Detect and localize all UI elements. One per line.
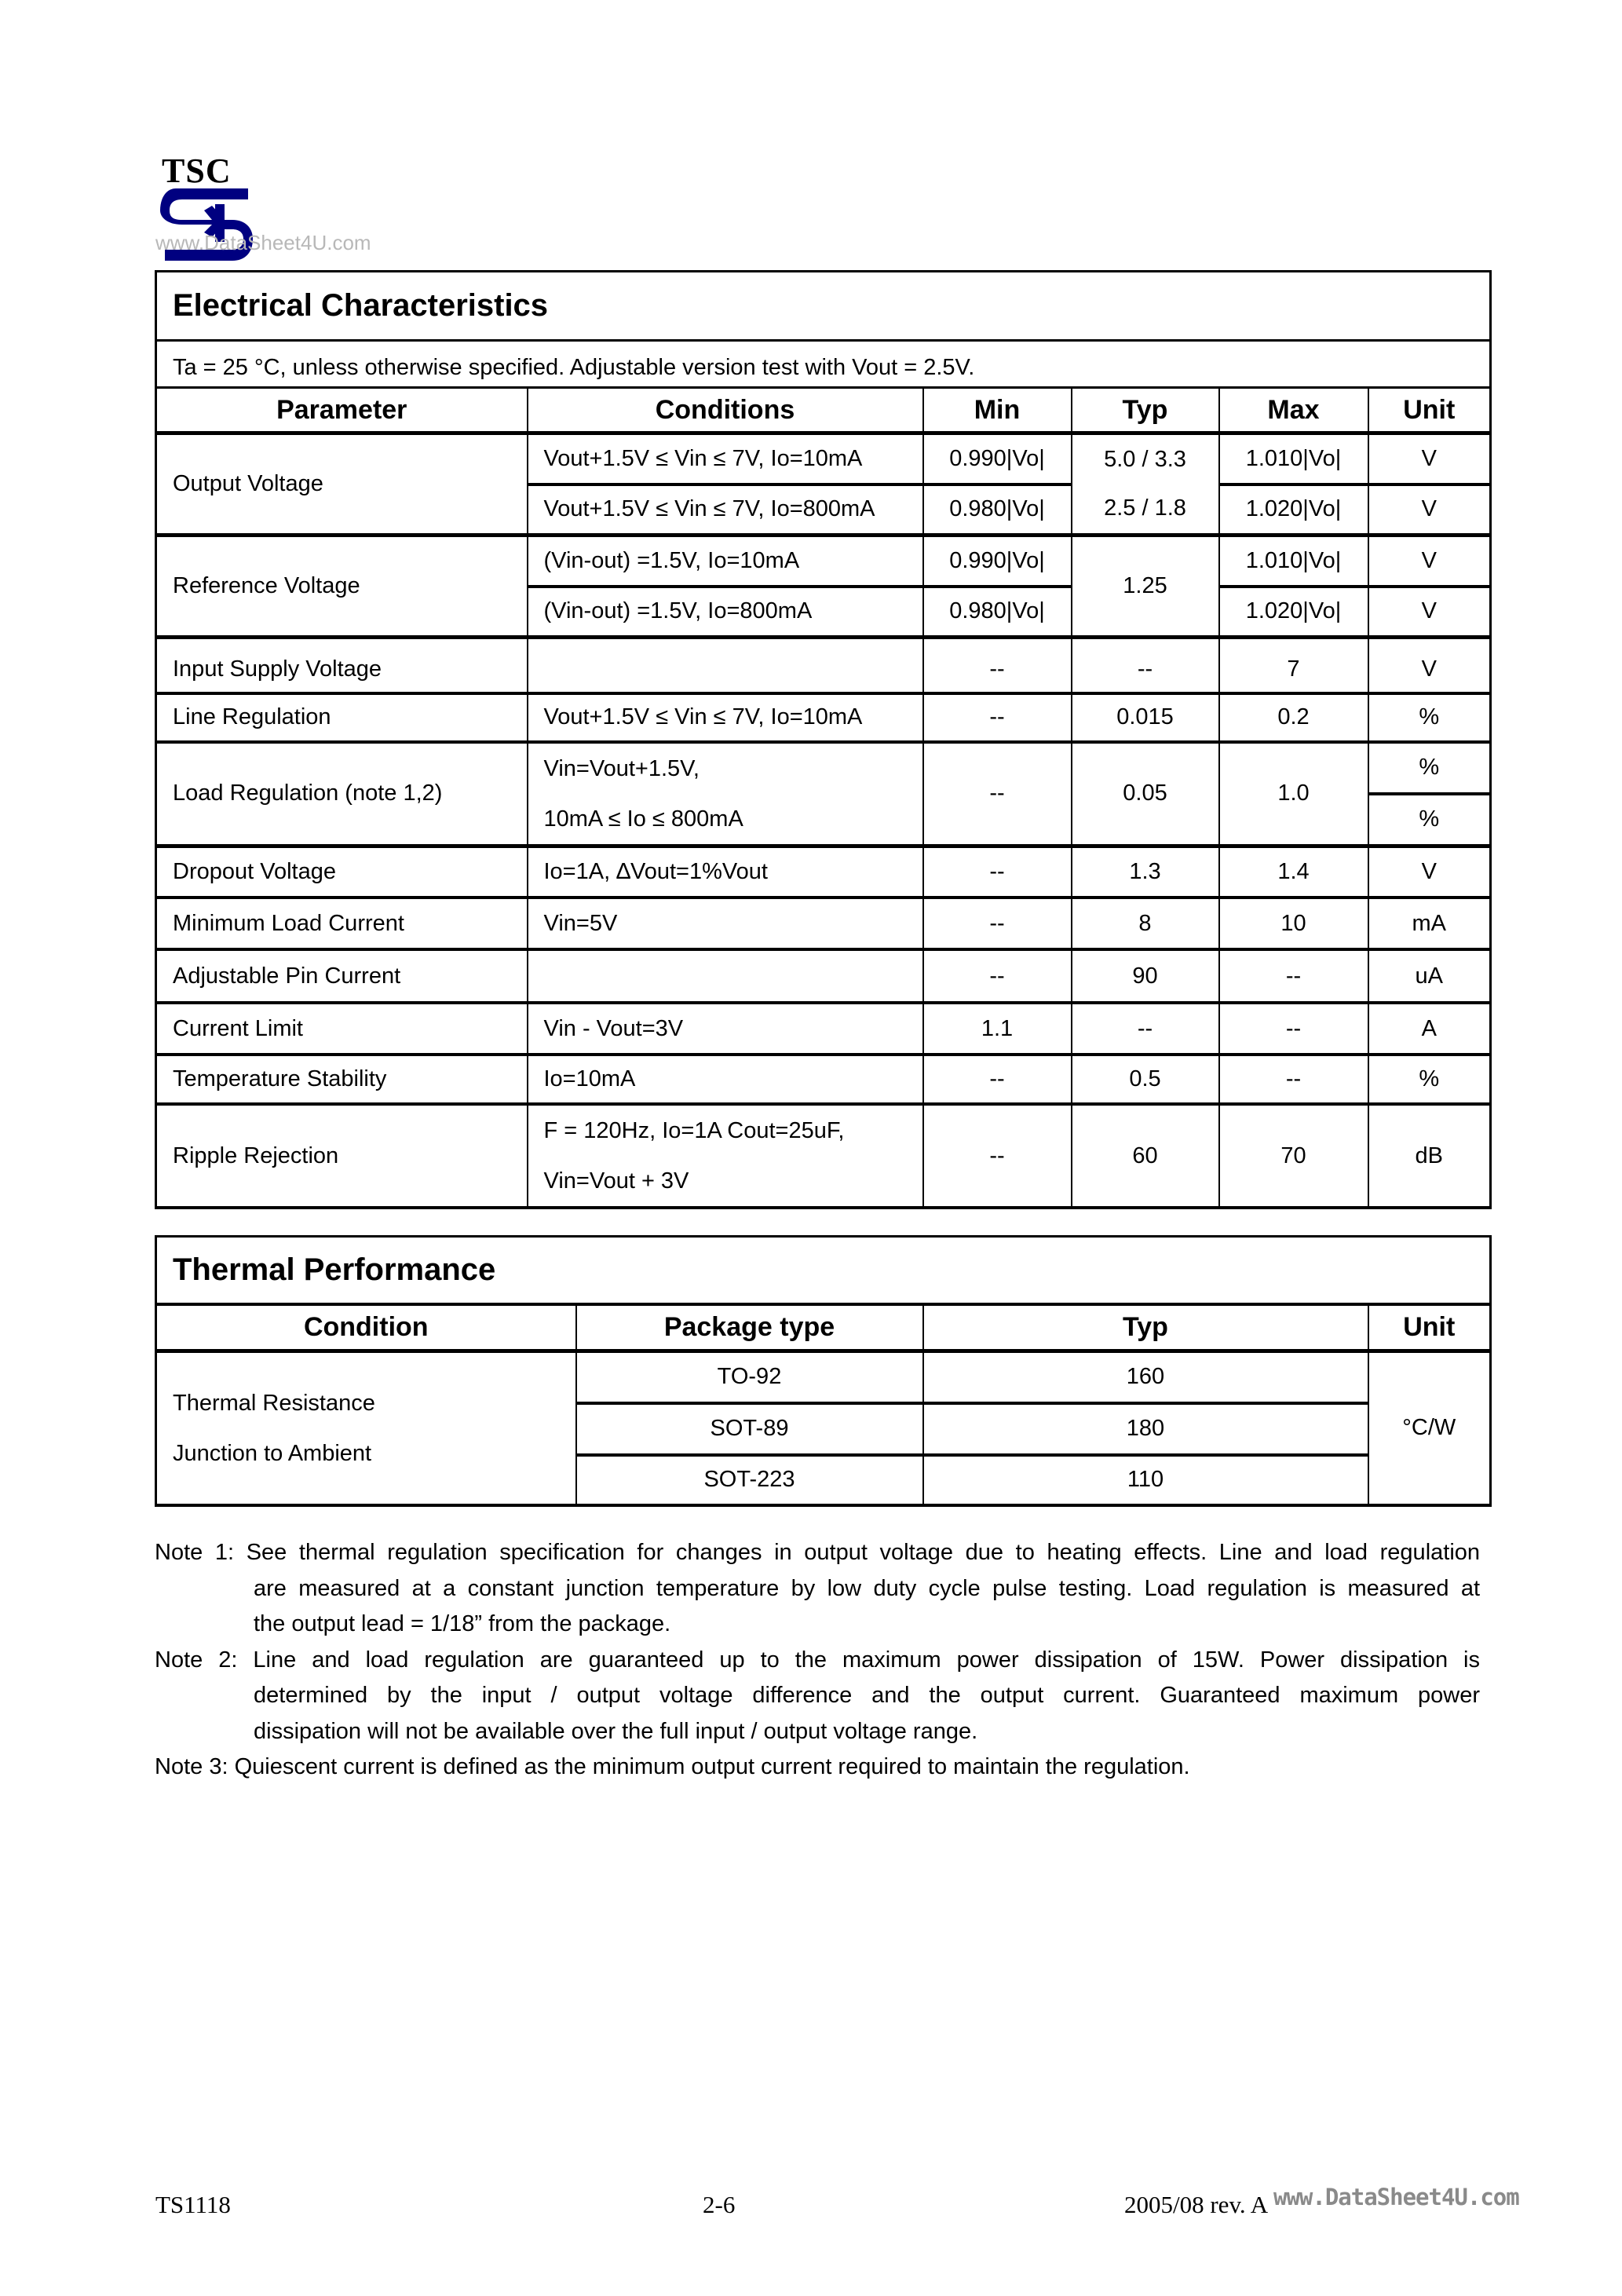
cell-typ: 5.0 / 3.3 [1072,433,1219,484]
cell-typ: 0.5 [1072,1055,1219,1104]
cell-min: -- [923,898,1072,949]
param-ripple-rejection: Ripple Rejection [156,1104,528,1208]
note-1-line-2: are measured at a constant junction temp… [155,1571,1480,1607]
cell-unit: V [1368,846,1491,898]
cell-max: 10 [1219,898,1368,949]
note-2: Note 2: Line and load regulation are gua… [155,1643,1480,1750]
note-text: Line and load regulation are guaranteed … [253,1647,1480,1673]
cell-typ: 1.3 [1072,846,1219,898]
cell-typ: 0.05 [1072,742,1219,846]
table-row: Reference Voltage (Vin-out) =1.5V, Io=10… [156,536,1491,587]
cell-package: SOT-89 [576,1403,923,1455]
note-label: Note 2: [155,1647,237,1673]
param-line-regulation: Line Regulation [156,693,528,742]
cell-conditions: F = 120Hz, Io=1A Cout=25uF, Vin=Vout + 3… [528,1104,923,1208]
logo-text: TSC [162,154,232,188]
cell-conditions: Io=10mA [528,1055,923,1104]
table-row: Adjustable Pin Current -- 90 -- uA [156,949,1491,1003]
section-title: Electrical Characteristics [156,272,1491,341]
col-header-min: Min [923,388,1072,433]
cell-condition-line-2: Junction to Ambient [173,1428,575,1479]
cell-conditions: Vout+1.5V ≤ Vin ≤ 7V, Io=10mA [528,433,923,484]
footer-watermark: www.DataSheet4U.com [1273,2184,1519,2210]
cell-typ: 110 [923,1455,1368,1505]
col-header-package-type: Package type [576,1304,923,1351]
cell-conditions: (Vin-out) =1.5V, Io=800mA [528,587,923,638]
cell-max: -- [1219,1003,1368,1055]
note-2-line-3: dissipation will not be available over t… [155,1714,1480,1750]
test-conditions-note: Ta = 25 °C, unless otherwise specified. … [156,341,1491,388]
cell-unit: V [1368,638,1491,693]
note-1: Note 1: See thermal regulation specifica… [155,1535,1480,1643]
param-adjustable-pin-current: Adjustable Pin Current [156,949,528,1003]
cell-conditions [528,949,923,1003]
cell-condition: Thermal Resistance Junction to Ambient [156,1351,576,1505]
cell-max: 7 [1219,638,1368,693]
cell-unit: % [1368,794,1491,846]
cell-min: 0.980|Vo| [923,587,1072,638]
table-row: Current Limit Vin - Vout=3V 1.1 -- -- A [156,1003,1491,1055]
cell-unit: dB [1368,1104,1491,1208]
param-reference-voltage: Reference Voltage [156,536,528,638]
cell-conditions: Vout+1.5V ≤ Vin ≤ 7V, Io=10mA [528,693,923,742]
cell-max: 70 [1219,1104,1368,1208]
note-label: Note 1: [155,1540,234,1565]
param-current-limit: Current Limit [156,1003,528,1055]
col-header-conditions: Conditions [528,388,923,433]
cell-conditions-line-2: Vin=Vout + 3V [544,1156,922,1206]
cell-min: -- [923,638,1072,693]
cell-min: -- [923,1055,1072,1104]
table-row: Input Supply Voltage -- -- 7 V [156,638,1491,693]
param-minimum-load-current: Minimum Load Current [156,898,528,949]
cell-unit: % [1368,1055,1491,1104]
cell-package: SOT-223 [576,1455,923,1505]
cell-min: -- [923,742,1072,846]
cell-condition-line-1: Thermal Resistance [173,1378,575,1428]
cell-max: 1.010|Vo| [1219,433,1368,484]
footer-part-number: TS1118 [155,2191,231,2219]
cell-max: -- [1219,949,1368,1003]
param-input-supply-voltage: Input Supply Voltage [156,638,528,693]
col-header-parameter: Parameter [156,388,528,433]
table-row: Load Regulation (note 1,2) Vin=Vout+1.5V… [156,742,1491,794]
cell-max: 1.4 [1219,846,1368,898]
cell-typ: 1.25 [1072,536,1219,638]
cell-typ: 90 [1072,949,1219,1003]
cell-package: TO-92 [576,1351,923,1403]
note-label: Note 3: [155,1754,228,1779]
table-row: Ripple Rejection F = 120Hz, Io=1A Cout=2… [156,1104,1491,1208]
table-row: Dropout Voltage Io=1A, ∆Vout=1%Vout -- 1… [156,846,1491,898]
col-header-condition: Condition [156,1304,576,1351]
col-header-typ: Typ [923,1304,1368,1351]
cell-max: 0.2 [1219,693,1368,742]
cell-typ: 60 [1072,1104,1219,1208]
col-header-max: Max [1219,388,1368,433]
cell-max: -- [1219,1055,1368,1104]
cell-min: -- [923,846,1072,898]
watermark-top: www.DataSheet4U.com [155,231,371,255]
note-2-line-1: Note 2: Line and load regulation are gua… [155,1643,1480,1679]
electrical-characteristics-table: Electrical Characteristics Ta = 25 °C, u… [155,270,1492,1209]
cell-min: 0.980|Vo| [923,484,1072,536]
table-row: Output Voltage Vout+1.5V ≤ Vin ≤ 7V, Io=… [156,433,1491,484]
cell-unit: °C/W [1368,1351,1491,1505]
cell-unit: % [1368,742,1491,794]
cell-unit: V [1368,587,1491,638]
note-1-line-1: Note 1: See thermal regulation specifica… [155,1535,1480,1571]
table-row: Temperature Stability Io=10mA -- 0.5 -- … [156,1055,1491,1104]
note-1-line-3: the output lead = 1/18” from the package… [155,1607,1480,1643]
cell-max: 1.010|Vo| [1219,536,1368,587]
param-load-regulation: Load Regulation (note 1,2) [156,742,528,846]
cell-min: 0.990|Vo| [923,433,1072,484]
cell-conditions [528,638,923,693]
table-row: Thermal Resistance Junction to Ambient T… [156,1351,1491,1403]
col-header-unit: Unit [1368,1304,1491,1351]
cell-typ: 160 [923,1351,1368,1403]
cell-unit: V [1368,536,1491,587]
cell-typ: 180 [923,1403,1368,1455]
cell-max: 1.0 [1219,742,1368,846]
cell-conditions-line-2: 10mA ≤ Io ≤ 800mA [544,794,922,844]
cell-unit: uA [1368,949,1491,1003]
cell-unit: V [1368,484,1491,536]
cell-typ: 8 [1072,898,1219,949]
col-header-typ: Typ [1072,388,1219,433]
cell-min: 1.1 [923,1003,1072,1055]
note-3-line-1: Note 3: Quiescent current is defined as … [155,1749,1480,1786]
note-text: See thermal regulation specification for… [247,1540,1480,1565]
cell-typ: 0.015 [1072,693,1219,742]
section-title: Thermal Performance [156,1237,1491,1304]
cell-unit: A [1368,1003,1491,1055]
cell-conditions: Vout+1.5V ≤ Vin ≤ 7V, Io=800mA [528,484,923,536]
param-dropout-voltage: Dropout Voltage [156,846,528,898]
param-output-voltage: Output Voltage [156,433,528,536]
thermal-performance-table: Thermal Performance Condition Package ty… [155,1235,1492,1507]
cell-min: -- [923,1104,1072,1208]
cell-conditions: Vin - Vout=3V [528,1003,923,1055]
cell-max: 1.020|Vo| [1219,484,1368,536]
table-row: Line Regulation Vout+1.5V ≤ Vin ≤ 7V, Io… [156,693,1491,742]
cell-typ: -- [1072,1003,1219,1055]
notes: Note 1: See thermal regulation specifica… [155,1535,1480,1786]
note-2-line-2: determined by the input / output voltage… [155,1678,1480,1714]
cell-conditions-line-1: Vin=Vout+1.5V, [544,744,922,794]
cell-typ: -- [1072,638,1219,693]
footer-page-number: 2-6 [703,2191,735,2219]
cell-max: 1.020|Vo| [1219,587,1368,638]
cell-unit: % [1368,693,1491,742]
note-3: Note 3: Quiescent current is defined as … [155,1749,1480,1786]
param-temperature-stability: Temperature Stability [156,1055,528,1104]
cell-unit: mA [1368,898,1491,949]
note-text: Quiescent current is defined as the mini… [235,1754,1190,1779]
cell-min: -- [923,949,1072,1003]
cell-conditions: Vin=5V [528,898,923,949]
cell-conditions-line-1: F = 120Hz, Io=1A Cout=25uF, [544,1106,922,1156]
col-header-unit: Unit [1368,388,1491,433]
table-row: Minimum Load Current Vin=5V -- 8 10 mA [156,898,1491,949]
cell-min: -- [923,693,1072,742]
footer-revision: 2005/08 rev. A [1124,2191,1268,2219]
cell-conditions: Io=1A, ∆Vout=1%Vout [528,846,923,898]
cell-conditions: (Vin-out) =1.5V, Io=10mA [528,536,923,587]
cell-typ: 2.5 / 1.8 [1072,484,1219,536]
cell-conditions: Vin=Vout+1.5V, 10mA ≤ Io ≤ 800mA [528,742,923,846]
cell-unit: V [1368,433,1491,484]
cell-min: 0.990|Vo| [923,536,1072,587]
